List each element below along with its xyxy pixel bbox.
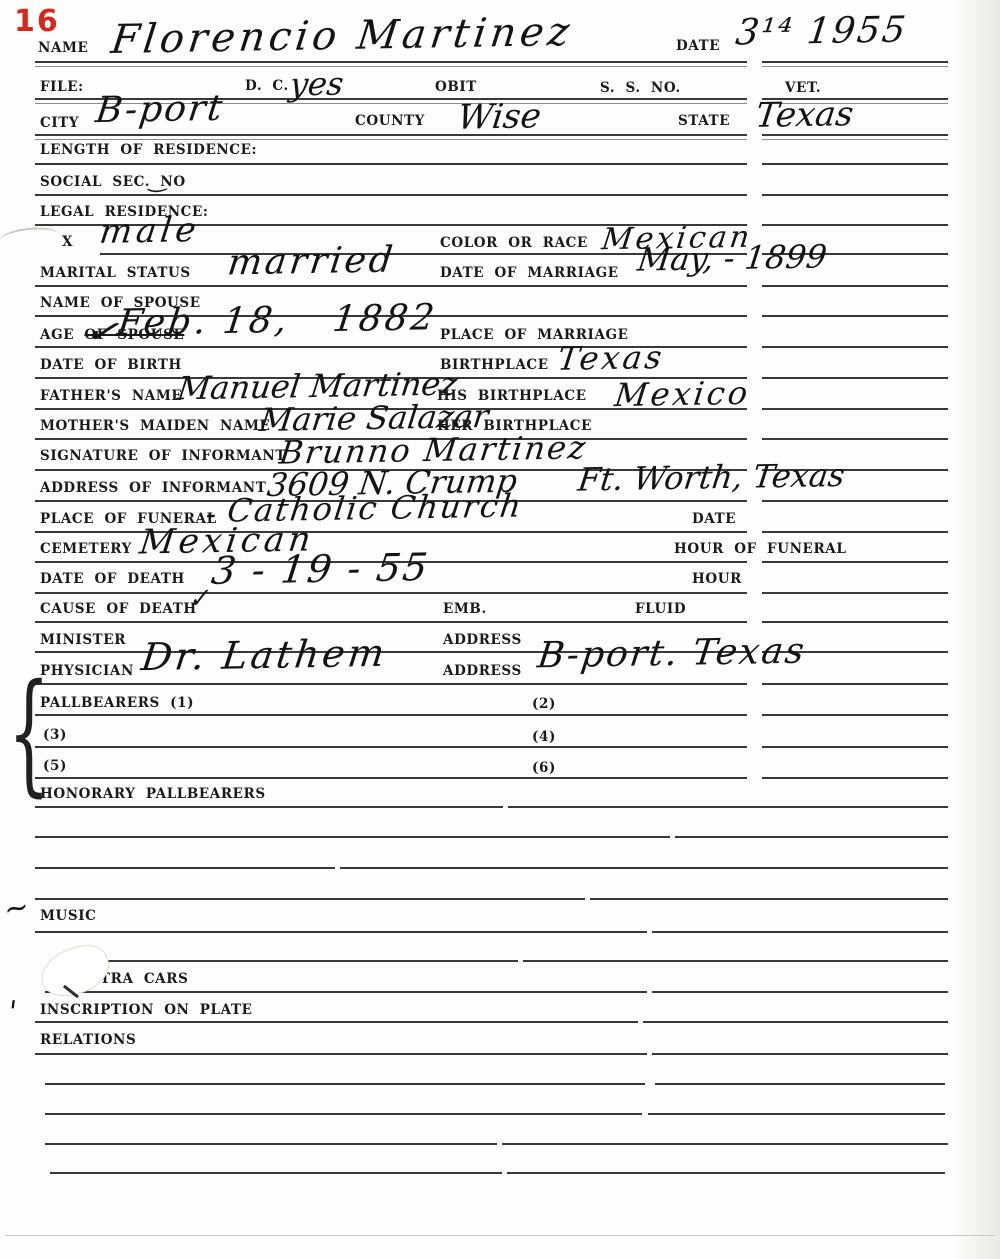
sex-value: male [98,213,202,249]
his-birthplace-value: Mexico [613,377,752,411]
pallbearers-1-label: PALLBEARERS (1) [40,695,194,711]
ss-no-label: S. S. NO. [600,80,681,96]
fluid-label: FLUID [635,601,686,617]
state-label: STATE [678,113,730,129]
fathers-name-label: FATHER'S NAME [40,388,182,404]
age-of-spouse-prefix: AGE [40,327,84,343]
dc-label: D. C. [245,78,289,94]
birthplace-value: Texas [556,341,667,375]
marital-status-value: married [226,243,398,282]
hour-of-funeral-label: HOUR OF FUNERAL [674,541,846,557]
county-value: Wise [456,99,543,134]
physician-value: Dr. Lathem [139,634,389,676]
minister-label: MINISTER [40,632,126,648]
name-value: Florencio Martinez [109,12,575,60]
sex-x-label: X [62,234,73,250]
vet-label: VET. [785,80,821,96]
date-of-marriage-value: May, - 1899 [636,240,829,275]
obit-label: OBIT [435,79,477,95]
date-of-birth-value: Feb. 18, 1882 [115,300,439,342]
date-of-death-value: 3 - 19 - 55 [209,548,431,590]
marital-status-label: MARITAL STATUS [40,265,191,281]
cemetery-label: CEMETERY [40,541,132,557]
mothers-maiden-name-label: MOTHER'S MAIDEN NAME [40,418,270,434]
cause-of-death-label: CAUSE OF DEATH [40,601,197,617]
page-number: 16 [14,4,60,39]
name-label: NAME [38,40,88,56]
margin-tick-mark: ' [6,998,18,1028]
music-label: MUSIC [40,908,97,924]
pallbearers-5-label: (5) [43,758,67,774]
minister-address-label: ADDRESS [443,632,522,648]
date-of-birth-label: DATE OF BIRTH [40,357,182,373]
social-sec-no-mark: ‿ [149,170,169,192]
date-of-marriage-label: DATE OF MARRIAGE [440,265,619,281]
city-value: B-port [94,91,226,129]
date-label: DATE [676,38,720,54]
signature-of-informant-label: SIGNATURE OF INFORMANT [40,448,286,464]
extra-cars-label: TRA CARS [100,971,188,987]
emb-label: EMB. [443,601,487,617]
physician-address-value: B-port. Texas [535,634,807,675]
dc-value: yes [288,68,345,101]
pallbearers-6-label: (6) [532,760,556,776]
date-value: 3¹⁴ 1955 [734,13,910,52]
funeral-record-form: 16 NAME Florencio Martinez DATE 3¹⁴ 1955… [0,0,1000,1259]
length-of-residence-label: LENGTH OF RESIDENCE: [40,142,257,158]
inscription-on-plate-label: INSCRIPTION ON PLATE [40,1002,253,1018]
scan-edge-shade [952,0,1000,1259]
honorary-pallbearers-label: HONORARY PALLBEARERS [40,786,266,802]
pallbearers-4-label: (4) [532,729,556,745]
pallbearers-3-label: (3) [43,727,67,743]
date-of-death-label: DATE OF DEATH [40,571,185,587]
pallbearers-2-label: (2) [532,696,556,712]
physician-address-label: ADDRESS [443,663,522,679]
funeral-date-label: DATE [692,511,736,527]
music-margin-tick-mark: ~ [1,892,32,927]
physician-label: PHYSICIAN [40,663,134,679]
scan-smudge [0,225,59,249]
color-or-race-label: COLOR OR RACE [440,235,588,251]
cause-of-death-check-mark: ✓ [187,585,211,613]
hour-label: HOUR [692,571,742,587]
city-label: CITY [40,115,79,131]
relations-label: RELATIONS [40,1032,136,1048]
state-value: Texas [754,97,855,133]
file-label: FILE: [40,79,84,95]
county-label: COUNTY [355,113,425,129]
